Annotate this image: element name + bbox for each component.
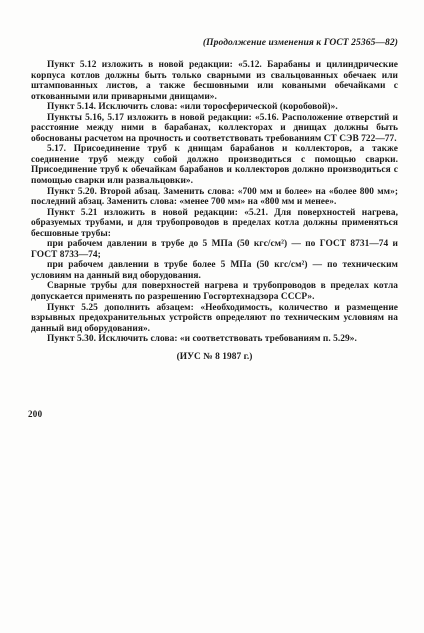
paragraph-item-5-12: Пункт 5.12 изложить в новой редакции: «5…	[31, 60, 398, 102]
paragraph-item-5-21: Пункт 5.21 изложить в новой редакции: «5…	[31, 208, 398, 240]
paragraph-item-5-16: Пункты 5.16, 5.17 изложить в новой редак…	[31, 113, 398, 145]
issue-note: (ИУС № 8 1987 г.)	[31, 352, 398, 363]
continuation-header: (Продолжение изменения к ГОСТ 25365—82)	[31, 38, 398, 48]
paragraph-item-5-25: Пункт 5.25 дополнить абзацем: «Необходим…	[31, 303, 398, 335]
paragraph-item-pressure-under-5mpa: при рабочем давлении в трубе до 5 МПа (5…	[31, 239, 398, 260]
page-number: 200	[28, 409, 42, 419]
paragraph-item-5-14: Пункт 5.14. Исключить слова: «или торосф…	[31, 102, 398, 113]
scanned-document-page: (Продолжение изменения к ГОСТ 25365—82) …	[0, 0, 424, 633]
document-body: Пункт 5.12 изложить в новой редакции: «5…	[31, 60, 398, 362]
paragraph-item-5-20: Пункт 5.20. Второй абзац. Заменить слова…	[31, 187, 398, 208]
paragraph-item-welded-pipes: Сварные трубы для поверхностей нагрева и…	[31, 281, 398, 302]
paragraph-item-pressure-over-5mpa: при рабочем давлении в трубе более 5 МПа…	[31, 260, 398, 281]
paragraph-item-5-30: Пункт 5.30. Исключить слова: «и соответс…	[31, 334, 398, 345]
paragraph-item-5-17: 5.17. Присоединение труб к днищам бараба…	[31, 144, 398, 186]
